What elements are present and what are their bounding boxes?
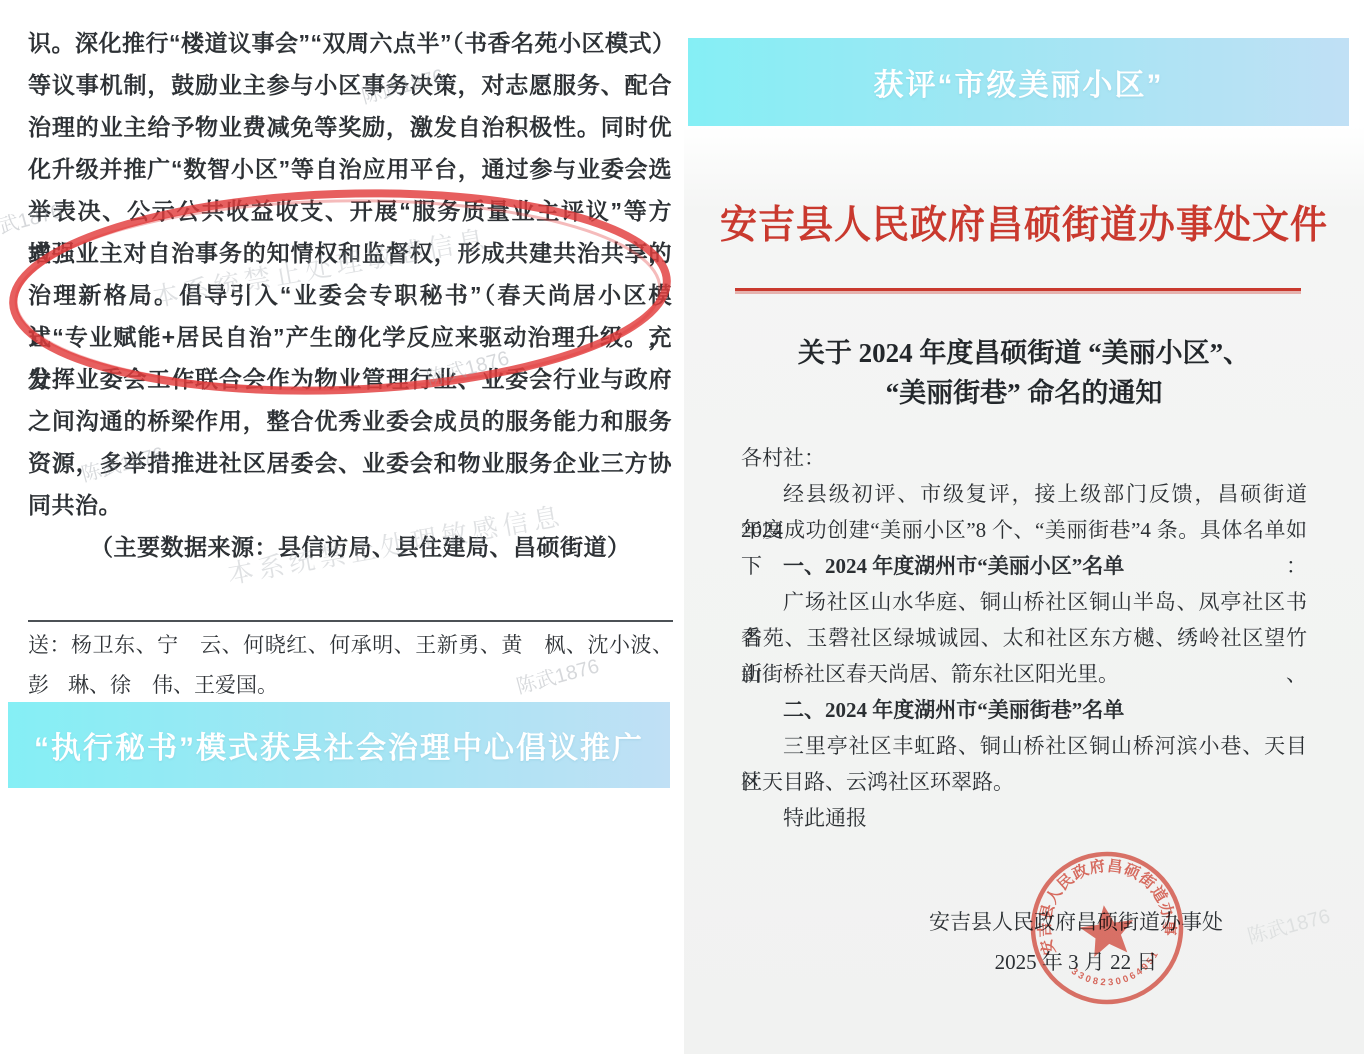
left-body-text: 识。深化推行“楼道议事会”“双周六点半”（书香名苑小区模式） 等议事机制，鼓励业…	[28, 22, 672, 568]
document-issuer-header: 安吉县人民政府昌硕街道办事处文件	[714, 192, 1334, 249]
notice-body-text: 各村社： 经县级初评、市级复评，接上级部门反馈，昌硕街道 2024 年度成功创建…	[741, 440, 1307, 836]
body-line: 名苑、玉磬社区绿城诚园、太和社区东方樾、绣岭社区望竹山、	[741, 620, 1307, 656]
body-line: 让“专业赋能+居民自治”产生的化学反应来驱动治理升级。充分	[28, 316, 672, 358]
body-line: 增强业主对自治事务的知情权和监督权，形成共建共治共享的	[28, 232, 672, 274]
body-line: 等议事机制，鼓励业主参与小区事务决策，对志愿服务、配合	[28, 64, 672, 106]
data-source-note: （主要数据来源：县信访局、县住建局、昌硕街道）	[28, 526, 672, 568]
issuer-signature: 安吉县人民政府昌硕街道办事处	[920, 902, 1232, 942]
body-line: 治理新格局。倡导引入“业委会专职秘书”（春天尚居小区模式），	[28, 274, 672, 316]
body-line: 同共治。	[28, 484, 672, 526]
right-document-page: 安吉县人民政府昌硕街道办事处文件 关于 2024 年度昌硕街道 “美丽小区”、 …	[684, 0, 1364, 1054]
body-line: 资源，多举措推进社区居委会、业委会和物业服务企业三方协	[28, 442, 672, 484]
section-heading: 二、2024 年度湖州市“美丽街巷”名单	[741, 692, 1307, 728]
issue-date: 2025 年 3 月 22 日	[920, 942, 1232, 982]
right-caption-banner: 获评“市级美丽小区”	[688, 38, 1349, 126]
body-line: 发挥业委会工作联合会作为物业管理行业、业委会行业与政府	[28, 358, 672, 400]
body-line: 广场社区山水华庭、铜山桥社区铜山半岛、凤亭社区书香	[741, 584, 1307, 620]
body-line: 之间沟通的桥梁作用，整合优秀业委会成员的服务能力和服务	[28, 400, 672, 442]
body-line: 识。深化推行“楼道议事会”“双周六点半”（书香名苑小区模式）	[28, 22, 672, 64]
signature-block: 安吉县人民政府昌硕街道办事处 2025 年 3 月 22 日	[920, 902, 1232, 982]
distribution-line: 琳、徐 伟、王爱国。	[28, 666, 673, 706]
distribution-divider	[28, 620, 673, 622]
red-separator-rule	[735, 288, 1301, 291]
user-watermark: 陈武1876	[1244, 900, 1333, 950]
distribution-list: 送：杨卫东、宁 云、何晓红、何承明、王新勇、黄 枫、沈小波、彭 琳、徐 伟、王爱…	[28, 626, 673, 706]
body-line: 三里亭社区丰虹路、铜山桥社区铜山桥河滨小巷、天目社	[741, 728, 1307, 764]
distribution-line: 送：杨卫东、宁 云、何晓红、何承明、王新勇、黄 枫、沈小波、彭	[28, 626, 673, 666]
body-line: 举表决、公示公共收益收支、开展“服务质量业主评议”等方式，	[28, 190, 672, 232]
document-title-line: “美丽街巷” 命名的通知	[724, 373, 1324, 413]
body-line: 区天目路、云鸿社区环翠路。	[741, 764, 1307, 800]
left-caption-banner: “执行秘书”模式获县社会治理中心倡议推广	[8, 702, 670, 788]
body-line: 化升级并推广“数智小区”等自治应用平台，通过参与业委会选	[28, 148, 672, 190]
body-line: 经县级初评、市级复评，接上级部门反馈，昌硕街道 2024	[741, 476, 1307, 512]
salutation: 各村社：	[741, 440, 1307, 476]
body-line: 年度成功创建“美丽小区”8 个、“美丽街巷”4 条。具体名单如下：	[741, 512, 1307, 548]
document-title: 关于 2024 年度昌硕街道 “美丽小区”、 “美丽街巷” 命名的通知	[724, 333, 1324, 413]
closing-line: 特此通报	[741, 800, 1307, 836]
left-document-page: 识。深化推行“楼道议事会”“双周六点半”（书香名苑小区模式） 等议事机制，鼓励业…	[0, 0, 684, 1054]
document-title-line: 关于 2024 年度昌硕街道 “美丽小区”、	[724, 333, 1324, 373]
right-caption-text: 获评“市级美丽小区”	[874, 60, 1164, 104]
left-caption-text: “执行秘书”模式获县社会治理中心倡议推广	[34, 723, 644, 767]
body-line: 治理的业主给予物业费减免等奖励，激发自治积极性。同时优	[28, 106, 672, 148]
